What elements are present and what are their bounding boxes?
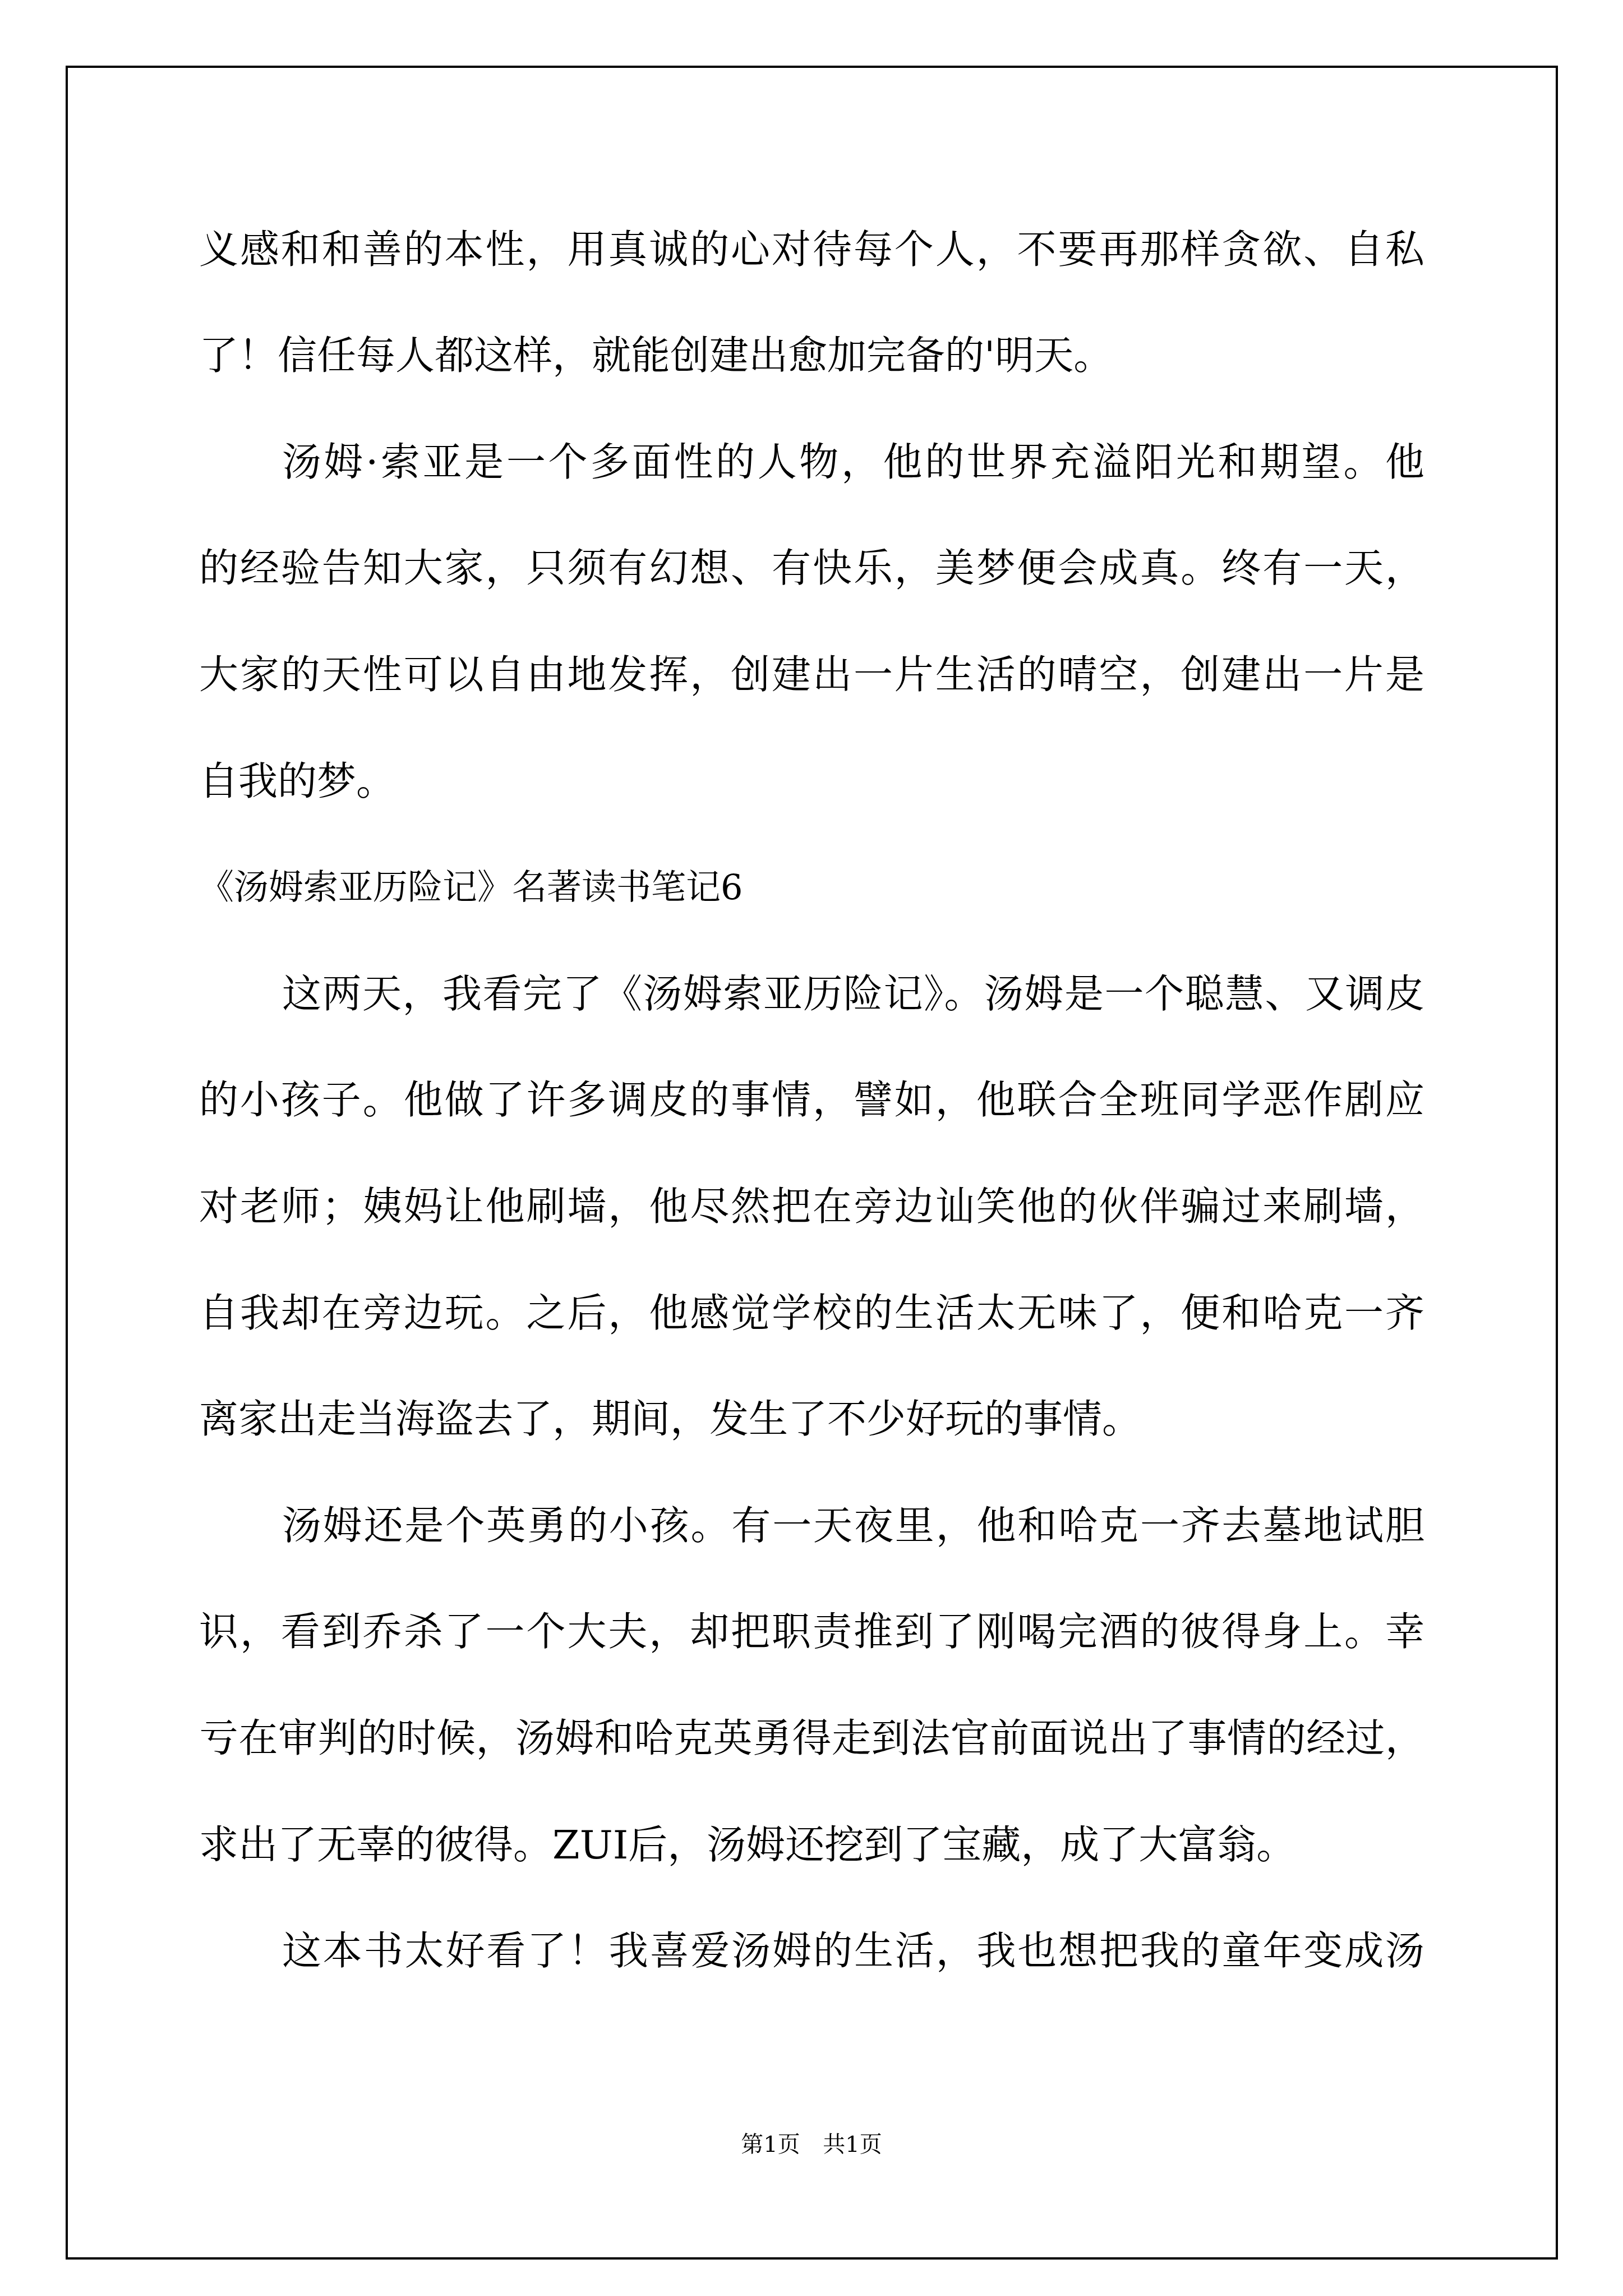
page-footer: 第1页 共1页 bbox=[0, 2131, 1623, 2159]
text-line: 义感和和善的本性，用真诚的心对待每个人，不要再那样贪欲、自私 bbox=[199, 227, 1424, 272]
text-line: 对老师；姨妈让他刷墙，他尽然把在旁边讪笑他的伙伴骗过来刷墙， bbox=[199, 1184, 1424, 1229]
page-total: 共1页 bbox=[823, 2132, 882, 2157]
text-line: 识，看到乔杀了一个大夫，却把职责推到了刚喝完酒的彼得身上。幸 bbox=[199, 1609, 1424, 1654]
text-line: 汤姆·索亚是一个多面性的人物，他的世界充溢阳光和期望。他 bbox=[282, 440, 1424, 485]
text-line: 大家的天性可以自由地发挥，创建出一片生活的晴空，创建出一片是 bbox=[199, 652, 1424, 697]
text-line: 离家出走当海盗去了，期间，发生了不少好玩的事情。 bbox=[199, 1397, 1424, 1442]
text-line: 自我却在旁边玩。之后，他感觉学校的生活太无味了，便和哈克一齐 bbox=[199, 1291, 1424, 1336]
text-line: 这本书太好看了！我喜爱汤姆的生活，我也想把我的童年变成汤 bbox=[282, 1929, 1424, 1973]
text-line: 了！信任每人都这样，就能创建出愈加完备的'明天。 bbox=[199, 333, 1424, 378]
text-line: 的经验告知大家，只须有幻想、有快乐，美梦便会成真。终有一天， bbox=[199, 546, 1424, 591]
text-line: 汤姆还是个英勇的小孩。有一天夜里，他和哈克一齐去墓地试胆 bbox=[282, 1503, 1424, 1548]
text-line: 的小孩子。他做了许多调皮的事情，譬如，他联合全班同学恶作剧应 bbox=[199, 1078, 1424, 1122]
page-number: 第1页 bbox=[741, 2132, 800, 2157]
section-heading: 《汤姆索亚历险记》名著读书笔记6 bbox=[199, 865, 743, 910]
text-line: 求出了无辜的彼得。ZUI后，汤姆还挖到了宝藏，成了大富翁。 bbox=[199, 1823, 1424, 1867]
text-line: 自我的梦。 bbox=[199, 759, 1424, 804]
text-line: 亏在审判的时候，汤姆和哈克英勇得走到法官前面说出了事情的经过， bbox=[199, 1716, 1424, 1761]
text-line: 这两天，我看完了《汤姆索亚历险记》。汤姆是一个聪慧、又调皮 bbox=[282, 972, 1424, 1016]
